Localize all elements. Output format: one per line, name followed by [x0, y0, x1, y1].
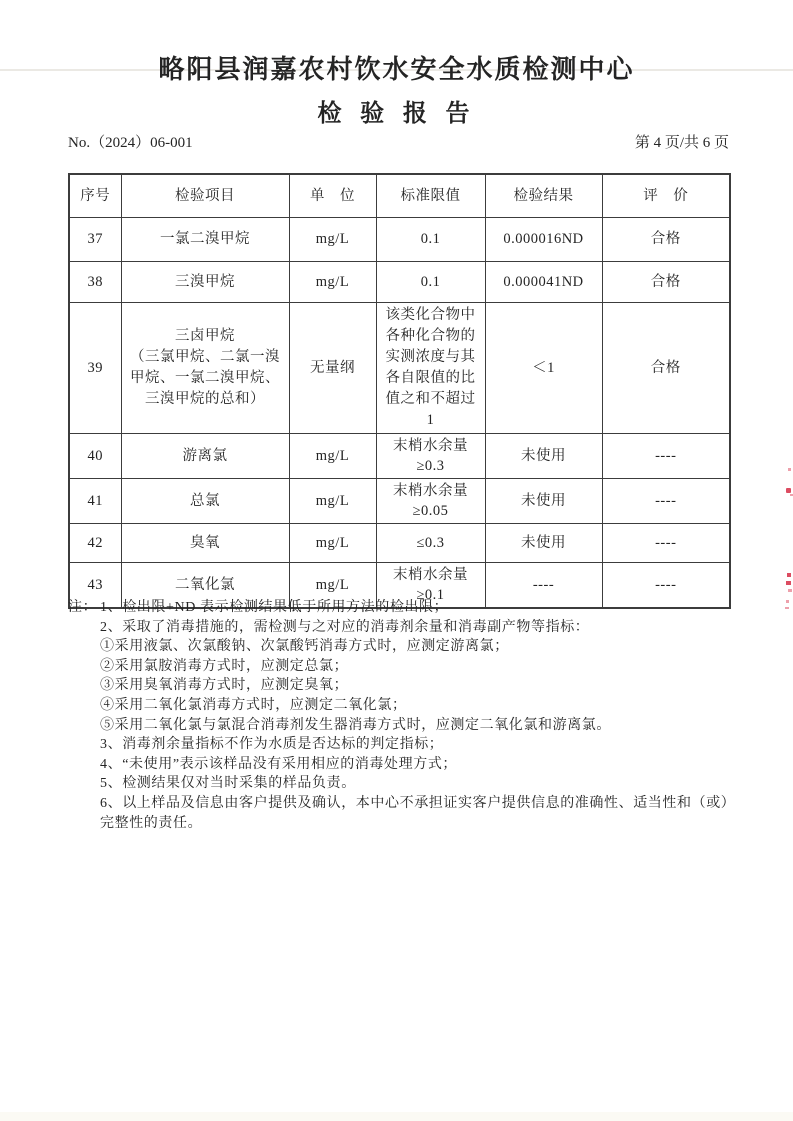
- cell-evaluation: ----: [602, 478, 730, 523]
- table-header-row: 序号 检验项目 单 位 标准限值 检验结果 评 价: [69, 174, 730, 217]
- stamp-edge-artifact: [786, 488, 791, 493]
- report-subtitle: 检 验 报 告: [0, 93, 793, 128]
- report-number: No.（2024）06-001: [68, 131, 193, 152]
- note-line: ④采用二氧化氯消毒方式时，应测定二氧化氯；: [100, 696, 730, 716]
- cell-item: 游离氯: [121, 433, 289, 478]
- note-line: ②采用氯胺消毒方式时，应测定总氯；: [100, 657, 730, 677]
- cell-limit: 末梢水余量 ≥0.05: [376, 478, 485, 523]
- page-indicator: 第 4 页/共 6 页: [635, 131, 729, 152]
- cell-item: 臭氧: [121, 523, 289, 562]
- cell-unit: 无量纲: [289, 302, 376, 433]
- page-title: 略阳县润嘉农村饮水安全水质检测中心: [0, 49, 793, 86]
- note-line: 4、“未使用”表示该样品没有采用相应的消毒处理方式；: [100, 755, 730, 775]
- meta-row: No.（2024）06-001 第 4 页/共 6 页: [68, 131, 729, 152]
- cell-evaluation: 合格: [602, 302, 730, 433]
- header-evaluation: 评 价: [602, 174, 730, 217]
- cell-no: 41: [69, 478, 121, 523]
- stamp-edge-artifact: [786, 600, 789, 603]
- cell-no: 38: [69, 261, 121, 302]
- cell-limit: 0.1: [376, 261, 485, 302]
- cell-item: 一氯二溴甲烷: [121, 217, 289, 261]
- cell-evaluation: ----: [602, 523, 730, 562]
- cell-no: 40: [69, 433, 121, 478]
- note-line: 1、检出限+ND 表示检测结果低于所用方法的检出限；: [100, 598, 730, 618]
- notes-lines: 1、检出限+ND 表示检测结果低于所用方法的检出限； 2、采取了消毒措施的，需检…: [100, 598, 730, 833]
- stamp-edge-artifact: [787, 573, 791, 577]
- cell-evaluation: ----: [602, 433, 730, 478]
- report-page: 略阳县润嘉农村饮水安全水质检测中心 检 验 报 告 No.（2024）06-00…: [0, 0, 793, 1121]
- cell-result: 0.000016ND: [485, 217, 602, 261]
- cell-evaluation: 合格: [602, 261, 730, 302]
- cell-result: 未使用: [485, 478, 602, 523]
- results-table: 序号 检验项目 单 位 标准限值 检验结果 评 价 37 一氯二溴甲烷 mg/L…: [68, 173, 731, 609]
- stamp-edge-artifact: [788, 589, 792, 592]
- notes-label: 注：: [68, 598, 97, 618]
- table-row: 39 三卤甲烷 （三氯甲烷、二氯一溴 甲烷、一氯二溴甲烷、 三溴甲烷的总和） 无…: [69, 302, 730, 433]
- header-limit: 标准限值: [376, 174, 485, 217]
- table-row: 40 游离氯 mg/L 末梢水余量 ≥0.3 未使用 ----: [69, 433, 730, 478]
- table-row: 41 总氯 mg/L 末梢水余量 ≥0.05 未使用 ----: [69, 478, 730, 523]
- note-line: ⑤采用二氧化氯与氯混合消毒剂发生器消毒方式时，应测定二氧化氯和游离氯。: [100, 716, 730, 736]
- table-row: 37 一氯二溴甲烷 mg/L 0.1 0.000016ND 合格: [69, 217, 730, 261]
- cell-evaluation: 合格: [602, 217, 730, 261]
- note-line: ①采用液氯、次氯酸钠、次氯酸钙消毒方式时，应测定游离氯；: [100, 637, 730, 657]
- table-row: 42 臭氧 mg/L ≤0.3 未使用 ----: [69, 523, 730, 562]
- cell-unit: mg/L: [289, 433, 376, 478]
- cell-no: 42: [69, 523, 121, 562]
- cell-result: 0.000041ND: [485, 261, 602, 302]
- cell-unit: mg/L: [289, 478, 376, 523]
- note-line: 3、消毒剂余量指标不作为水质是否达标的判定指标；: [100, 735, 730, 755]
- cell-item: 三溴甲烷: [121, 261, 289, 302]
- note-line: 5、检测结果仅对当时采集的样品负责。: [100, 774, 730, 794]
- cell-limit: 0.1: [376, 217, 485, 261]
- header-no: 序号: [69, 174, 121, 217]
- cell-limit: 末梢水余量 ≥0.3: [376, 433, 485, 478]
- cell-unit: mg/L: [289, 261, 376, 302]
- cell-unit: mg/L: [289, 523, 376, 562]
- note-line: 2、采取了消毒措施的，需检测与之对应的消毒剂余量和消毒副产物等指标：: [100, 618, 730, 638]
- cell-result: ＜1: [485, 302, 602, 433]
- table-row: 38 三溴甲烷 mg/L 0.1 0.000041ND 合格: [69, 261, 730, 302]
- header-unit: 单 位: [289, 174, 376, 217]
- cell-limit: 该类化合物中 各种化合物的 实测浓度与其 各自限值的比 值之和不超过 1: [376, 302, 485, 433]
- notes-section: 注： 1、检出限+ND 表示检测结果低于所用方法的检出限； 2、采取了消毒措施的…: [68, 598, 730, 833]
- cell-result: 未使用: [485, 433, 602, 478]
- stamp-edge-artifact: [788, 468, 791, 471]
- stamp-edge-artifact: [786, 581, 791, 585]
- cell-no: 39: [69, 302, 121, 433]
- header-result: 检验结果: [485, 174, 602, 217]
- note-line: ③采用臭氧消毒方式时，应测定臭氧；: [100, 676, 730, 696]
- cell-no: 37: [69, 217, 121, 261]
- cell-unit: mg/L: [289, 217, 376, 261]
- header-item: 检验项目: [121, 174, 289, 217]
- note-line: 6、以上样品及信息由客户提供及确认，本中心不承担证实客户提供信息的准确性、适当性…: [100, 794, 730, 833]
- cell-limit: ≤0.3: [376, 523, 485, 562]
- bottom-scan-band: [0, 1112, 793, 1121]
- cell-item: 总氯: [121, 478, 289, 523]
- stamp-edge-artifact: [785, 607, 789, 609]
- cell-result: 未使用: [485, 523, 602, 562]
- cell-item: 三卤甲烷 （三氯甲烷、二氯一溴 甲烷、一氯二溴甲烷、 三溴甲烷的总和）: [121, 302, 289, 433]
